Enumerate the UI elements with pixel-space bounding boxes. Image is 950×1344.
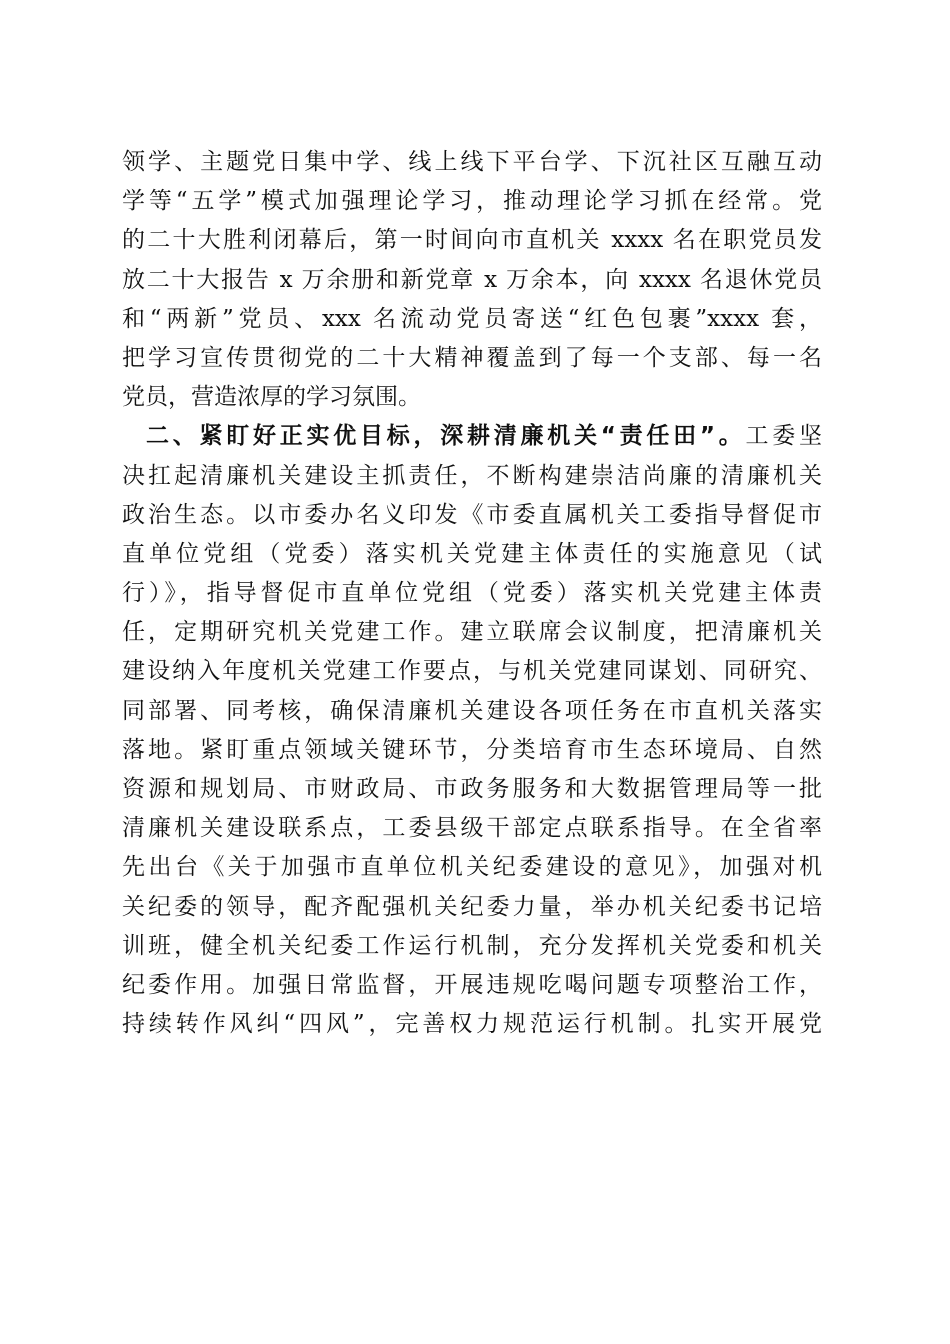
text-fragment: 工委坚 bbox=[746, 423, 823, 449]
text-line: 领学、主题党日集中学、线上线下平台学、下沉社区互融互动 bbox=[122, 143, 822, 182]
text-line: 同部署、同考核，确保清廉机关建设各项任务在市直机关落实 bbox=[122, 692, 822, 731]
text-line: 训班，健全机关纪委工作运行机制，充分发挥机关党委和机关 bbox=[122, 927, 822, 966]
text-line: 的二十大胜利闭幕后，第一时间向市直机关 xxxx 名在职党员发 bbox=[122, 221, 822, 260]
text-line: 政治生态。以市委办名义印发《市委直属机关工委指导督促市 bbox=[122, 496, 822, 535]
text-line: 学等“五学”模式加强理论学习，推动理论学习抓在经常。党 bbox=[122, 182, 822, 221]
text-line: 先出台《关于加强市直单位机关纪委建设的意见》，加强对机 bbox=[122, 848, 822, 887]
text-line: 把学习宣传贯彻党的二十大精神覆盖到了每一个支部、每一名 bbox=[122, 339, 822, 378]
text-line: 决扛起清廉机关建设主抓责任，不断构建崇洁尚廉的清廉机关 bbox=[122, 457, 822, 496]
text-line: 纪委作用。加强日常监督，开展违规吃喝问题专项整治工作， bbox=[122, 966, 822, 1005]
text-line: 资源和规划局、市财政局、市政务服务和大数据管理局等一批 bbox=[122, 770, 822, 809]
text-line: 放二十大报告 x 万余册和新党章 x 万余本，向 xxxx 名退休党员 bbox=[122, 261, 822, 300]
text-line: 直单位党组（党委）落实机关党建主体责任的实施意见（试 bbox=[122, 535, 822, 574]
document-page: 领学、主题党日集中学、线上线下平台学、下沉社区互融互动 学等“五学”模式加强理论… bbox=[122, 143, 822, 1044]
text-line: 建设纳入年度机关党建工作要点，与机关党建同谋划、同研究、 bbox=[122, 652, 822, 691]
section-heading-line: 二、紧盯好正实优目标，深耕清廉机关“责任田”。工委坚 bbox=[122, 417, 822, 456]
paragraph-theory-study: 领学、主题党日集中学、线上线下平台学、下沉社区互融互动 学等“五学”模式加强理论… bbox=[122, 143, 822, 417]
section-heading: 二、紧盯好正实优目标，深耕清廉机关“责任田”。 bbox=[146, 423, 746, 449]
text-line: 持续转作风纠“四风”，完善权力规范运行机制。扎实开展党 bbox=[122, 1005, 822, 1044]
text-line: 和“两新”党员、xxx 名流动党员寄送“红色包裹”xxxx 套， bbox=[122, 300, 822, 339]
text-line: 党员，营造浓厚的学习氛围。 bbox=[122, 378, 822, 417]
text-line: 行）》，指导督促市直单位党组（党委）落实机关党建主体责 bbox=[122, 574, 822, 613]
text-line: 清廉机关建设联系点，工委县级干部定点联系指导。在全省率 bbox=[122, 809, 822, 848]
text-line: 关纪委的领导，配齐配强机关纪委力量，举办机关纪委书记培 bbox=[122, 888, 822, 927]
text-line: 任，定期研究机关党建工作。建立联席会议制度，把清廉机关 bbox=[122, 613, 822, 652]
paragraph-clean-government: 二、紧盯好正实优目标，深耕清廉机关“责任田”。工委坚 决扛起清廉机关建设主抓责任… bbox=[122, 417, 822, 1044]
text-line: 落地。紧盯重点领域关键环节，分类培育市生态环境局、自然 bbox=[122, 731, 822, 770]
